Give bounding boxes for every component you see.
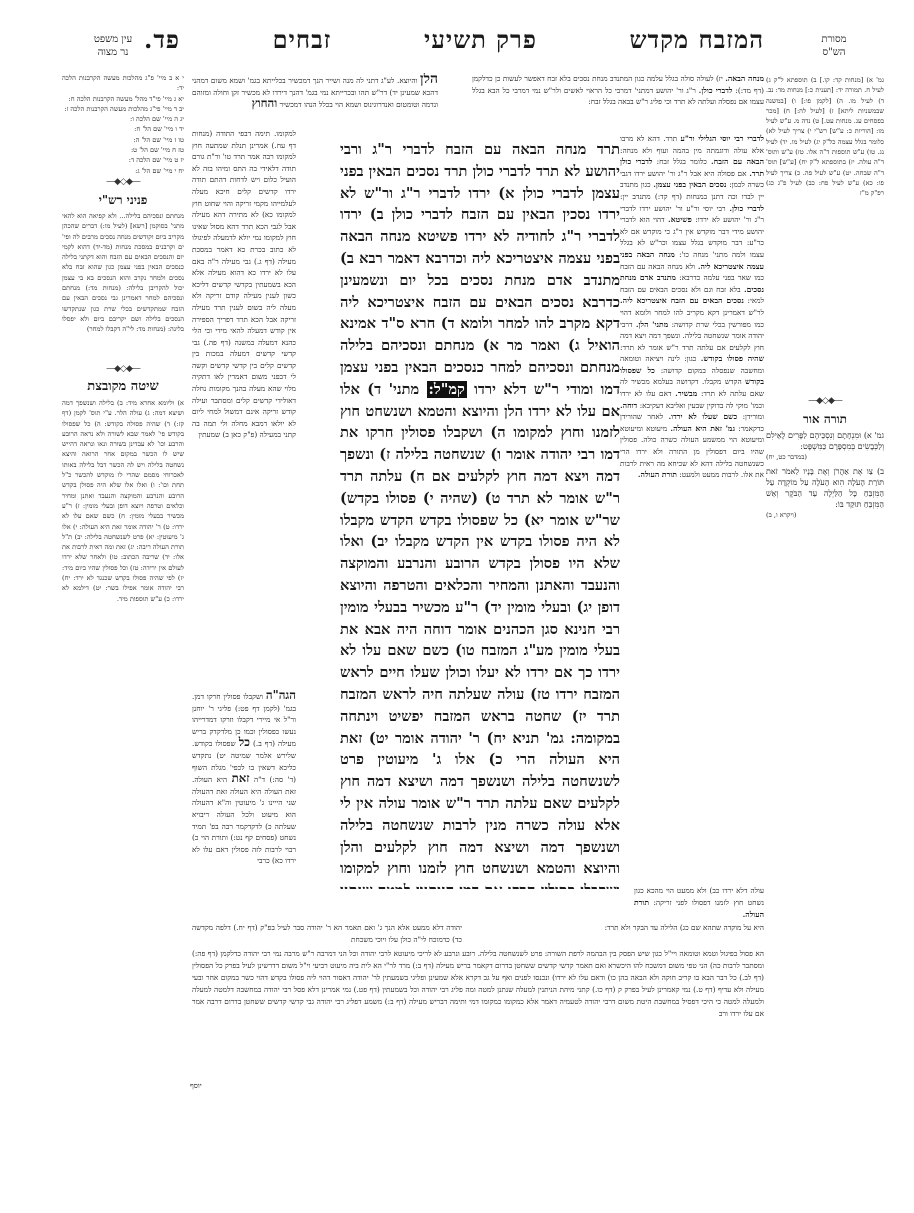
rashi-keyword: תורת העולה. [638,470,677,479]
tosafot-keyword: זאת [232,771,250,785]
footer-line-a-right: היא על מוקדה שתהא שם כג) הלילה עד הבקר ו… [474,922,764,946]
rashi-keyword: כשם שעלו לא ירדו. [668,412,737,421]
rashi-keyword: גמ' זאת היא העולה. [670,424,735,433]
tosafot-text: למקומו. תימה דבפי התודה (מנחות דף עח.) א… [192,129,296,439]
gemara-text: תרד מנחה הבאה עם הזבח לדברי ר"ג ורבי יהו… [340,141,620,398]
footer-rashi-end: עולה דלא ירדו כב) ולא ממעט הוי מהכא כגון… [634,885,764,921]
rashi-keyword: נסכים הבאים עם הזבח איצטריכא ליה. [620,296,744,305]
footer-catchword: יוסף [190,1080,220,1092]
rashi-keyword: מבשיר. [675,389,697,398]
footer-line-a-left: יהודה דלא ממעט אלא הנך ג' ואם תאמר הא ר'… [192,922,462,946]
ein-mishpat-list: י א ב מיי' פ"ג מהלכות מעשה הקרבנות הלכה … [62,73,184,176]
tosafot-continuation-text: הא פסול בפיגול וטמא וטומאה ויי"ל כגון שי… [192,949,764,1018]
torah-or-verse-2: ב) צַו אֶת אַהֲרֹן וְאֶת בָּנָיו לֵאמֹר … [766,466,884,510]
ein-mishpat-entry: יא ג מיי' פי"ד מהל' מעשה הקרבנות הלכה ח: [62,94,184,104]
ornament-divider: —◆◇◆— [62,363,184,375]
mishnah-text: ד) אלו אם עלו לא ירדו הלן והיוצא והטמא ו… [340,381,620,747]
mesoret-header: מסורת הש"ס [804,33,864,59]
rashi-text: ומורידן: [743,412,764,421]
rashi-column: מנחה הבאה. יז) לעולה סולה בגלל עלמה כגון… [472,73,764,135]
page-title: המזבח מקדש פרק תשיעי זבחים פד. [144,25,764,55]
tosafot-keyword: והחוץ [252,96,278,110]
ein-mishpat-entry: יג ה מיי' שם הלכה ו: [62,114,184,124]
mesoret-text: גמ' א) [מנחות קד: קו.] ב) תוספתא ל"ק ג) … [766,75,884,199]
highlighted-text[interactable]: קמ"ל: [427,381,467,398]
rashi-keyword: לדברי רבי יוסי הגלילי ור"ע [681,134,765,143]
rashi-column-narrow: לדברי רבי יוסי הגלילי ור"ע תרד. דהא לא מ… [620,133,764,883]
ein-mishpat-entry: יד ו מיי' שם הל' ח: [62,124,184,134]
shita-mekubetzet-heading: שיטה מקובצת [62,378,184,396]
rashi-keyword: לדברי כולן. [699,86,733,95]
tosafot-text: היא העולה. זאת העולה היא העולה זאת דהעול… [192,775,296,865]
tosafot-text: יהודה דלא ממעט אלא הנך ג' ואם תאמר הא ר'… [192,923,462,944]
title-masechet-chapter-name: המזבח מקדש [630,25,764,55]
rashi-keyword: שהיה פסולו בקודש. [701,354,764,363]
ein-mishpat-label: עין משפט [78,33,148,46]
tosafot-hagahah-keyword: הגה"ה [266,690,296,702]
ein-mishpat-entry: יח י מיי' שם הל' ג: [62,166,184,176]
tosafot-opening-word: הלן [420,73,438,87]
torah-or-heading: תורה אור [766,410,884,428]
tosafot-text: והיוצא. לע"ג דתני לה מנה ושייר הנך דמכשי… [192,76,438,109]
ein-mishpat-entry: יז ט מיי' שם הלכה ד: [62,155,184,165]
ein-mishpat-entry: טז ח מיי' שם הל' ט: [62,145,184,155]
rashi-text: היא על מוקדה שתהא שם כג) הלילה עד הבקר ו… [605,923,764,932]
torah-or-section: —◆◇◆— תורה אור גמ' א) וּמִנְחָתָם וְנִסְ… [766,395,884,521]
tosafot-keyword: כל [239,735,250,749]
penini-rashi-heading: פניני רש"י [62,191,184,209]
rashi-keyword: נסכים הבאין בפני עצמן. [653,180,726,189]
rashi-text: עולה דלא ירדו כב) ולא ממעט הוי מהכא כגון… [634,886,764,907]
torah-or-verse-1: גמ' א) וּמִנְחָתָם וְנִסְכֵּיהֶם לַפָּרִ… [766,430,884,452]
torah-or-ref-2: (ויקרא ו, ב) [766,510,884,520]
shas-label: הש"ס [804,46,864,59]
catchword: יוסף [190,1081,202,1090]
penini-rashi-text: מנחתם ונסכיהם בלילה... ולא קפיאה הוא להא… [62,211,184,363]
rashi-keyword: פשיטא. [668,215,692,224]
ein-mishpat-entry: יב ד מיי' פי"ג מהלכות מעשה הקרבנות הלכה … [62,104,184,114]
torah-or-ref-1: (במדבר כט, יח) [766,452,884,462]
tosafot-column-narrow: למקומו. תימה דבפי התודה (מנחות דף עח.) א… [192,128,296,690]
gemara-main-text: תרד מנחה הבאה עם הזבח לדברי ר"ג ורבי יהו… [340,139,620,889]
title-folio: פד. [144,25,180,55]
ner-mitzvah-label: נר מצוה [78,46,148,59]
ein-mishpat-entry: י א ב מיי' פ"ג מהלכות מעשה הקרבנות הלכה … [62,73,184,94]
ein-mishpat-header: עין משפט נר מצוה [78,33,148,59]
ein-mishpat-entry: טו ז מיי' שם הל' ה: [62,135,184,145]
mesoret-label: מסורת [804,33,864,46]
ornament-divider: —◆◇◆— [62,176,184,188]
title-chapter-number: פרק תשיעי [424,25,537,55]
tosafot-column-narrow-2: הגה"ה ושקבלו פסולין חרקו דמן. בגמ' (לקמן… [192,690,296,880]
ein-mishpat-column: י א ב מיי' פ"ג מהלכות מעשה הקרבנות הלכה … [62,73,184,878]
rashi-keyword: מנחה הבאה. [725,74,764,83]
rashi-keyword: מתני' הלן. [636,320,668,329]
rashi-keyword: דוחה. [620,401,637,410]
shita-mekubetzet-text: א) וליומא אחרא מיד: ב) בלילה ושנשפך דמה … [62,398,184,878]
gemara-label: גמ' [546,730,564,747]
mishnah-label: מתני' [389,381,420,398]
gemara-text: תניא יח) ר' יהודה אומר יט) זאת היא העולה… [340,730,620,889]
footer-commentary-block: הא פסול בפיגול וטמא וטומאה ויי"ל כגון שי… [192,948,764,1078]
ornament-divider: —◆◇◆— [766,395,884,407]
title-tractate: זבחים [273,25,332,55]
rashi-keyword: הבאה עם הזבח. [711,157,764,166]
mesoret-hashas-column: גמ' א) [מנחות קד: קו.] ב) תוספתא ל"ק ג) … [766,75,884,385]
rashi-text: כלומר בגלל זבח: [657,157,707,166]
rashi-keyword: לדברי כולן. [729,204,764,213]
